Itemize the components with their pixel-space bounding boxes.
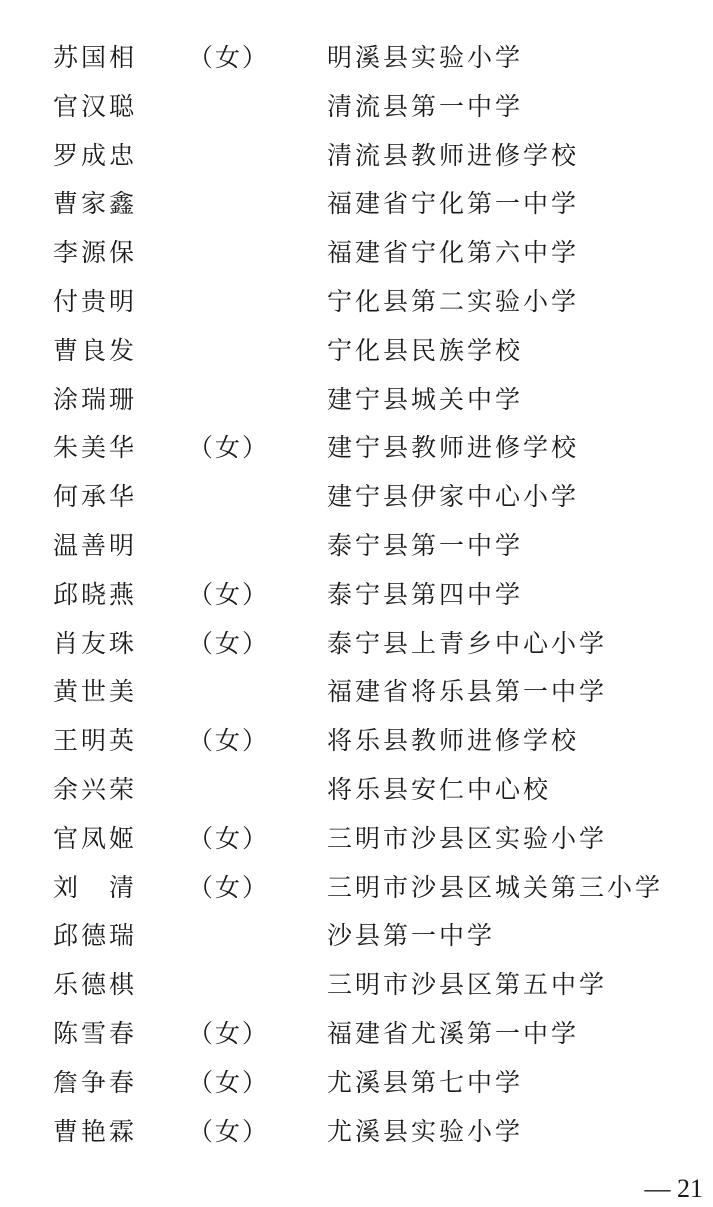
person-name: 曹家鑫 — [53, 180, 137, 229]
school-name: 福建省尤溪第一中学 — [327, 1010, 579, 1059]
school-name: 宁化县第二实验小学 — [327, 278, 579, 327]
list-row: 付贵明 宁化县第二实验小学 — [0, 278, 713, 327]
name-list: 苏国相 （女） 明溪县实验小学 官汉聪 清流县第一中学 罗成忠 清流县教师进修学… — [0, 34, 713, 1156]
person-name: 余兴荣 — [53, 766, 137, 815]
person-name: 付贵明 — [53, 278, 137, 327]
school-name: 三明市沙县区城关第三小学 — [327, 864, 663, 913]
person-name: 王明英 — [53, 717, 137, 766]
person-name: 苏国相 — [53, 34, 137, 83]
person-name: 邱德瑞 — [53, 912, 137, 961]
person-name: 李源保 — [53, 229, 137, 278]
school-name: 泰宁县第一中学 — [327, 522, 523, 571]
school-name: 福建省将乐县第一中学 — [327, 668, 607, 717]
document-page: 苏国相 （女） 明溪县实验小学 官汉聪 清流县第一中学 罗成忠 清流县教师进修学… — [0, 0, 713, 1207]
school-name: 将乐县安仁中心校 — [327, 766, 551, 815]
school-name: 建宁县教师进修学校 — [327, 424, 579, 473]
list-row: 肖友珠 （女） 泰宁县上青乡中心小学 — [0, 620, 713, 669]
school-name: 建宁县城关中学 — [327, 376, 523, 425]
school-name: 福建省宁化第六中学 — [327, 229, 579, 278]
gender-note: （女） — [188, 34, 269, 83]
person-name: 邱晓燕 — [53, 571, 137, 620]
gender-note: （女） — [188, 815, 269, 864]
school-name: 泰宁县第四中学 — [327, 571, 523, 620]
list-row: 刘 清 （女） 三明市沙县区城关第三小学 — [0, 864, 713, 913]
person-name: 涂瑞珊 — [53, 376, 137, 425]
list-row: 詹争春 （女） 尤溪县第七中学 — [0, 1059, 713, 1108]
school-name: 明溪县实验小学 — [327, 34, 523, 83]
list-row: 何承华 建宁县伊家中心小学 — [0, 473, 713, 522]
list-row: 罗成忠 清流县教师进修学校 — [0, 132, 713, 181]
list-row: 官凤姬 （女） 三明市沙县区实验小学 — [0, 815, 713, 864]
person-name: 曹良发 — [53, 327, 137, 376]
gender-note: （女） — [188, 571, 269, 620]
person-name: 官汉聪 — [53, 83, 137, 132]
list-row: 陈雪春 （女） 福建省尤溪第一中学 — [0, 1010, 713, 1059]
list-row: 曹良发 宁化县民族学校 — [0, 327, 713, 376]
person-name: 刘 清 — [53, 864, 137, 913]
person-name: 罗成忠 — [53, 132, 137, 181]
person-name: 朱美华 — [53, 424, 137, 473]
person-name: 乐德棋 — [53, 961, 137, 1010]
list-row: 王明英 （女） 将乐县教师进修学校 — [0, 717, 713, 766]
person-name: 温善明 — [53, 522, 137, 571]
gender-note: （女） — [188, 1108, 269, 1157]
school-name: 尤溪县第七中学 — [327, 1059, 523, 1108]
list-row: 涂瑞珊 建宁县城关中学 — [0, 376, 713, 425]
person-name: 何承华 — [53, 473, 137, 522]
list-row: 邱晓燕 （女） 泰宁县第四中学 — [0, 571, 713, 620]
person-name: 陈雪春 — [53, 1010, 137, 1059]
school-name: 沙县第一中学 — [327, 912, 495, 961]
school-name: 建宁县伊家中心小学 — [327, 473, 579, 522]
gender-note: （女） — [188, 620, 269, 669]
person-name: 肖友珠 — [53, 620, 137, 669]
school-name: 三明市沙县区实验小学 — [327, 815, 607, 864]
school-name: 福建省宁化第一中学 — [327, 180, 579, 229]
school-name: 宁化县民族学校 — [327, 327, 523, 376]
school-name: 泰宁县上青乡中心小学 — [327, 620, 607, 669]
gender-note: （女） — [188, 424, 269, 473]
gender-note: （女） — [188, 1010, 269, 1059]
person-name: 曹艳霖 — [53, 1108, 137, 1157]
list-row: 官汉聪 清流县第一中学 — [0, 83, 713, 132]
school-name: 将乐县教师进修学校 — [327, 717, 579, 766]
list-row: 温善明 泰宁县第一中学 — [0, 522, 713, 571]
person-name: 官凤姬 — [53, 815, 137, 864]
person-name: 詹争春 — [53, 1059, 137, 1108]
list-row: 余兴荣 将乐县安仁中心校 — [0, 766, 713, 815]
list-row: 乐德棋 三明市沙县区第五中学 — [0, 961, 713, 1010]
school-name: 清流县教师进修学校 — [327, 132, 579, 181]
school-name: 尤溪县实验小学 — [327, 1108, 523, 1157]
gender-note: （女） — [188, 717, 269, 766]
list-row: 李源保 福建省宁化第六中学 — [0, 229, 713, 278]
gender-note: （女） — [188, 1059, 269, 1108]
list-row: 朱美华 （女） 建宁县教师进修学校 — [0, 424, 713, 473]
list-row: 苏国相 （女） 明溪县实验小学 — [0, 34, 713, 83]
gender-note: （女） — [188, 864, 269, 913]
list-row: 曹艳霖 （女） 尤溪县实验小学 — [0, 1108, 713, 1157]
list-row: 黄世美 福建省将乐县第一中学 — [0, 668, 713, 717]
school-name: 清流县第一中学 — [327, 83, 523, 132]
list-row: 曹家鑫 福建省宁化第一中学 — [0, 180, 713, 229]
list-row: 邱德瑞 沙县第一中学 — [0, 912, 713, 961]
school-name: 三明市沙县区第五中学 — [327, 961, 607, 1010]
person-name: 黄世美 — [53, 668, 137, 717]
page-number: — 21 — [645, 1174, 704, 1204]
